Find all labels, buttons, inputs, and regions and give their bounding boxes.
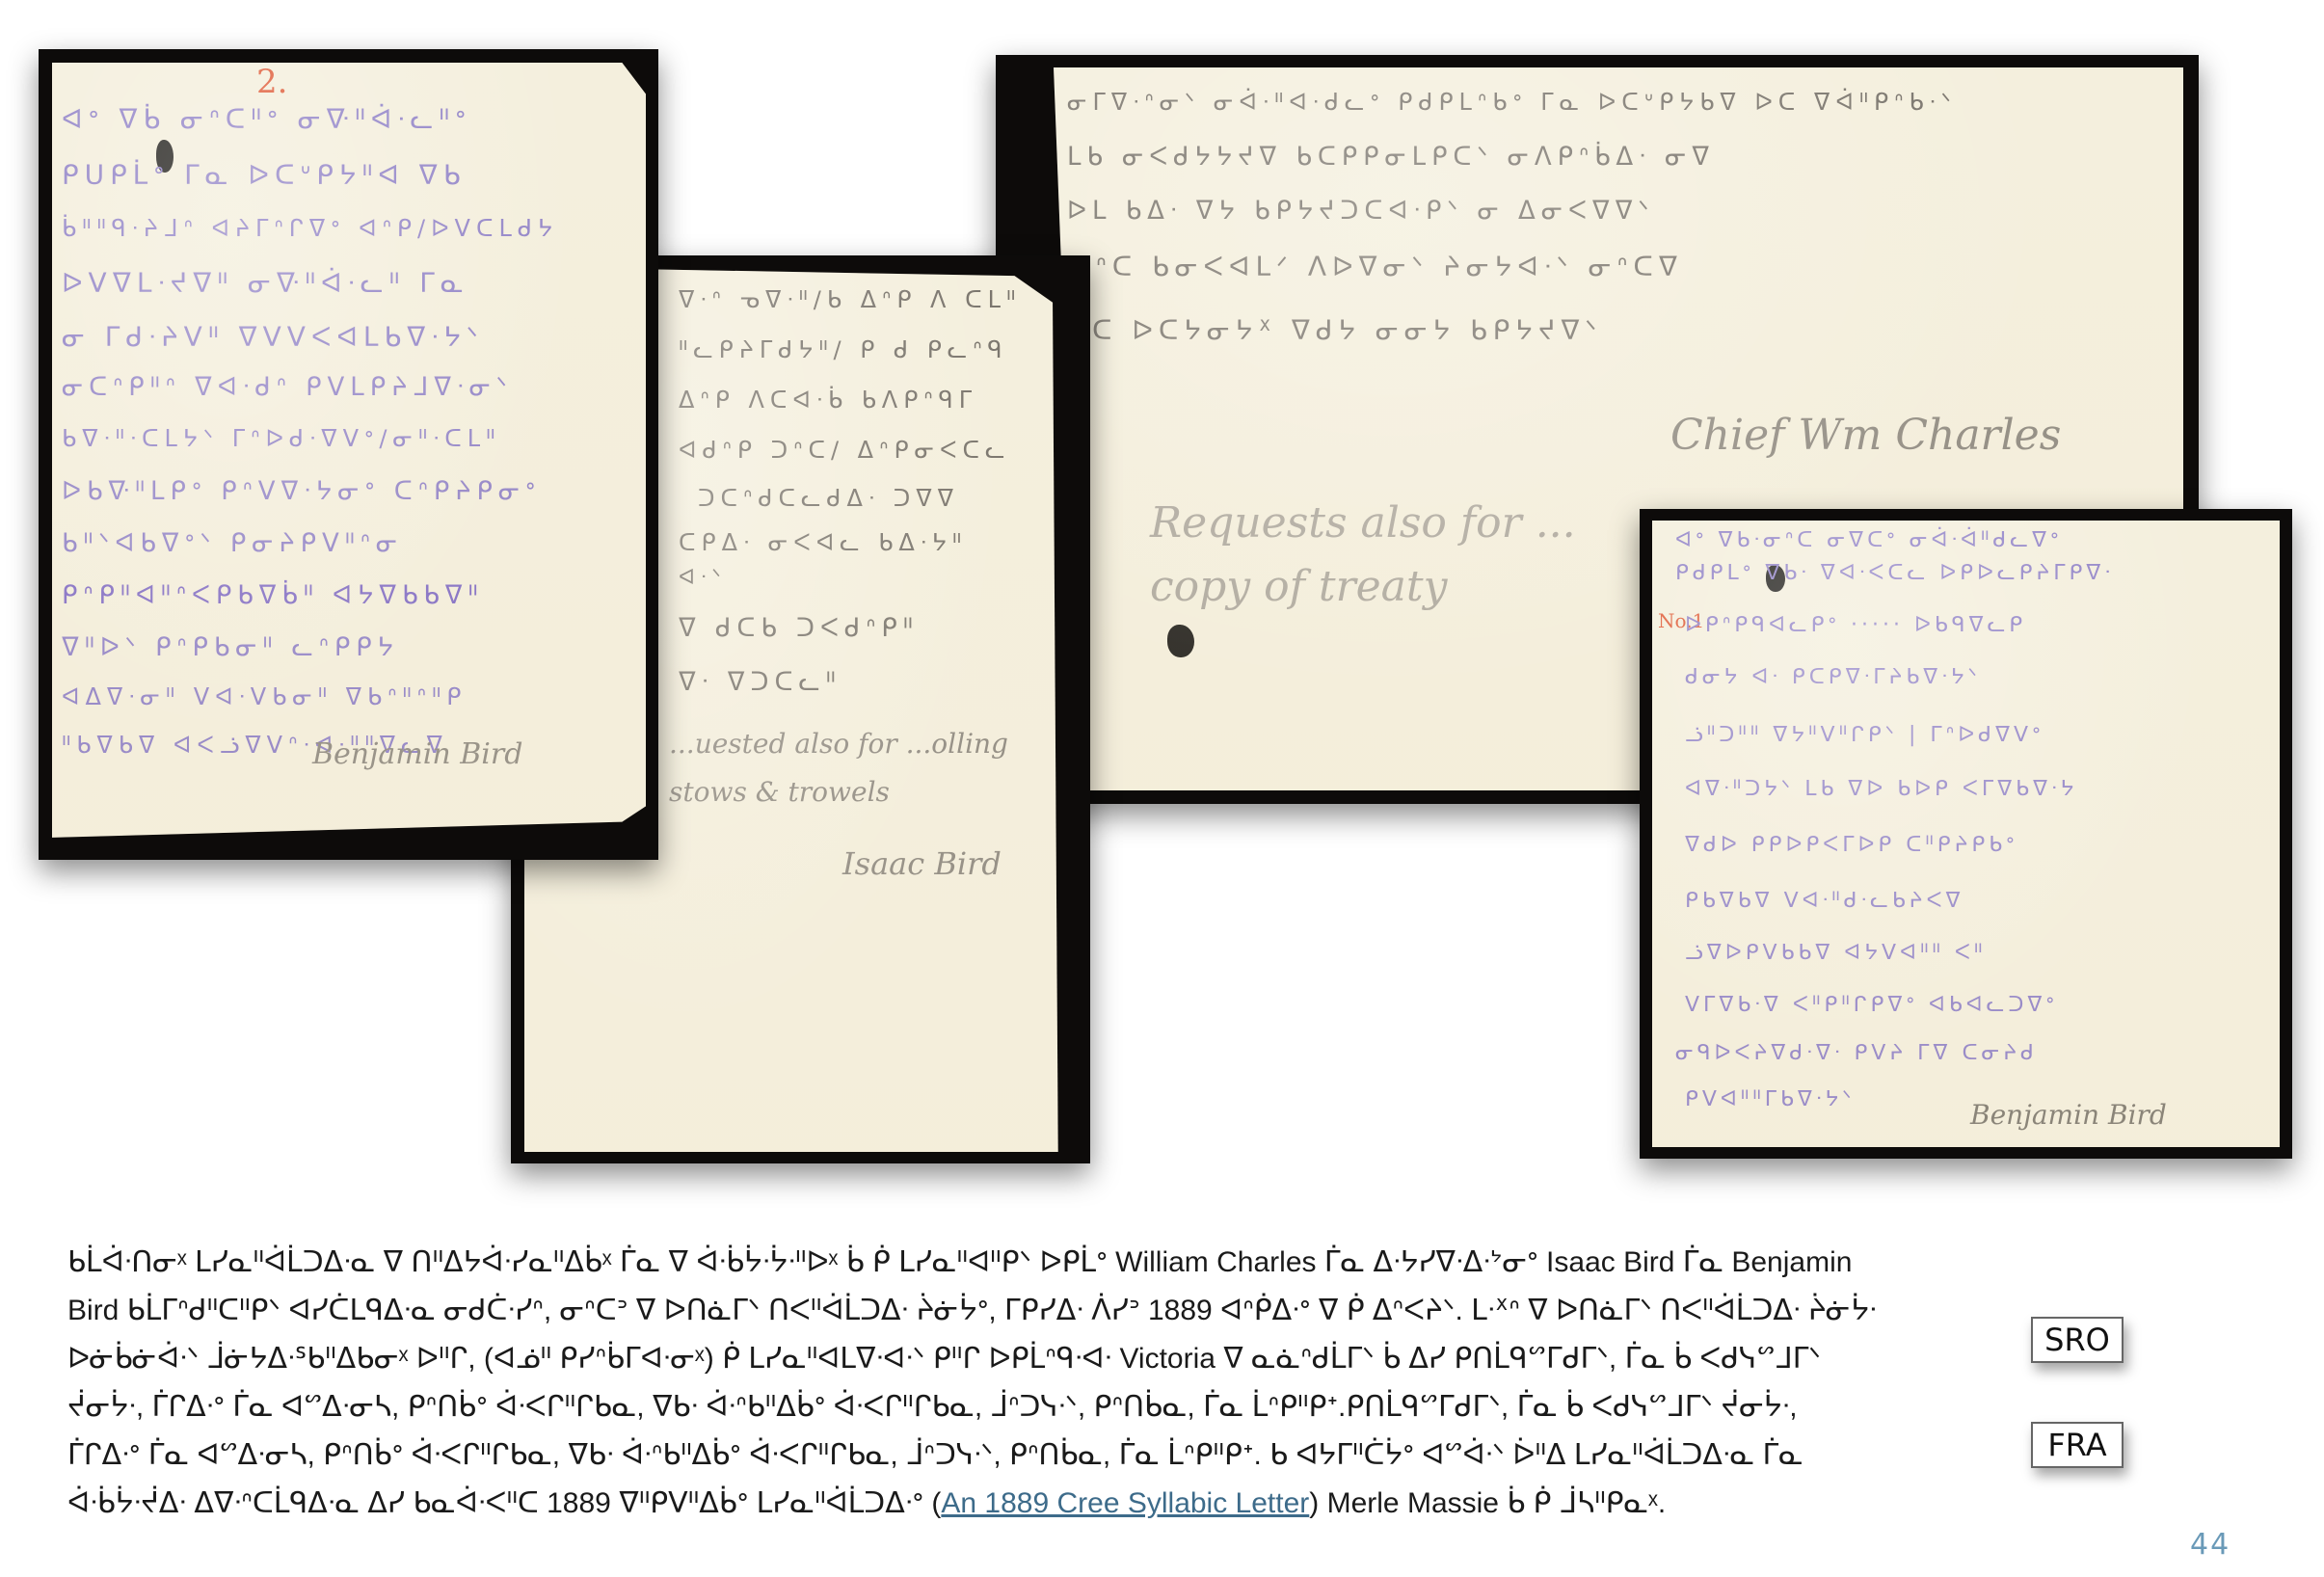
manuscript-line: ᑲᐦᐠᐊᑲᐁᐤᐠ ᑭᓂᔨᑭᐯᐦᐢᓂ — [62, 529, 403, 558]
manuscript-paper: No.1 ᐊᐤ ᐁᑲᐧᓂᐢᑕ ᓂᐁᑕᐤ ᓂᐋᐧᐋᐦᑯᓚᐁᐤ ᑭᑯᑭᒪᐤ ᐁᑲᐧ … — [1652, 521, 2280, 1147]
signature: Chief Wm Charles — [1670, 411, 2061, 460]
caption-line: Bird ᑲᒫᒥᐢᑯᐦᑕᐦᑭᐠ ᐊᓯᑖᒪᑫᐃᐧᓇ ᓂᑯᑖᐧᓯᐢ, ᓂᐢᑕᐣ ᐁ … — [67, 1287, 1957, 1335]
manuscript-line: ᐯᒥᐁᑲᐧᐁ ᐸᐦᑭᐦᒋᑭᐁᐤ ᐊᑲᐊᓚᑐᐁᐤ — [1685, 993, 2058, 1017]
manuscript-line: ᐁᑯᐅ ᑭᑭᐅᑭᐸᒥᐅᑭ ᑕᐦᑭᔨᑭᑲᐤ — [1685, 833, 2018, 857]
manuscript-line: ᑕ ᐅᑕᔭᓂᔭᕽ ᐁᑯᔭ ᓂᓂᔭ ᑲᑭᔭᔪᐁᐠ — [1092, 314, 1602, 346]
manuscript-line: ᐁᐧ ᐁᑐᑕᓚᐦ — [679, 668, 841, 697]
manuscript-line: ᑭᐯᐊᐦᐦᒥᑲᐁᐧᔭᐠ — [1685, 1087, 1856, 1111]
signature: Benjamin Bird — [312, 737, 522, 771]
caption-line: ᐅᓃᑳᓃᐋᐧᐠ ᒨᓃᔭᐃᐧᔆᑲᐦᐃᑲᓂˣ ᐅᐦᒋ, (ᐊᓅᐦ ᑭᓯᐢᑳᒥᐊᐧᓂˣ… — [67, 1335, 1957, 1383]
manuscript-line: ᐊᑯᐢᑭ ᑐᐢᑕ/ ᐃᐢᑭᓂᐸᑕᓚ — [679, 437, 1010, 464]
manuscript-line: ᓂᑫᐅᐸᔨᐁᑯᐧᐁᐧ ᑭᐯᔨ ᒥᐁ ᑕᓂᔨᑯ — [1675, 1041, 2038, 1065]
manuscript-paper: 2. ᐊᐤ ᐁᑳ ᓂᐢᑕᐦᐤ ᓂᐍᐦᐋᐧᓚᐦᐤ ᑭᑌᑭᒫᐤ ᒥᓇ ᐅᑕᐡᑭᔭᐦᐊ… — [52, 63, 646, 845]
ink-blot — [1167, 625, 1194, 657]
signature: Benjamin Bird — [1970, 1099, 2167, 1131]
manuscript-line: ᑕᑭᐃᐧ ᓂᐸᐊᓚ ᑲᐃᐧᔭᐦ — [679, 529, 967, 556]
manuscript-line: ᓂ ᒥᑯᐧᔨᐯᐦ ᐁᐯᐯᐸᐊᒪᑲᐁᐧᔭᐠ — [62, 321, 484, 353]
manuscript-line: ᐊᐃᐁᐧᓂᐦ ᐯᐊᐧᐯᑲᓂᐦ ᐁᑲᐢᐦᐢᐦᑭ — [62, 683, 467, 710]
manuscript-line: ᐅᑲᐍᐦᒪᑭᐤ ᑭᐢᐯᐁᐧᔭᓂᐤ ᑕᐢᑭᔨᑭᓂᐤ — [62, 477, 541, 506]
marginal-note: ...uested also for ...olling stows & tro… — [669, 720, 1055, 816]
page-number: 44 — [2190, 1528, 2231, 1562]
manuscript-line: ᐊᐤ ᐁᑲᐧᓂᐢᑕ ᓂᐁᑕᐤ ᓂᐋᐧᐋᐦᑯᓚᐁᐤ — [1675, 528, 2063, 552]
manuscript-line: ᒪᑲ ᓂᐸᑯᔭᔭᔪᐁ ᑲᑕᑭᑭᓂᒪᑭᑕᐠ ᓂᐱᑭᐢᑳᐃᐧ ᓂᐁ — [1067, 143, 1715, 172]
marginal-note: Requests also for ... copy of treaty — [1150, 492, 1613, 619]
manuscript-line: ᐁᐧᐢ ᓀᐁᐧᐦ/ᑲ ᐃᐢᑭ ᐱ ᑕᒪᐦ — [679, 286, 1021, 313]
source-link[interactable]: An 1889 Cree Syllabic Letter — [941, 1487, 1309, 1519]
manuscript-line: ᑭᑯᑭᒪᐤ ᐁᑲᐧ ᐁᐊᐧᐸᑕᓚ ᐅᑭᐅᓚᑭᔨᒥᑭᐁᐧ — [1675, 561, 2114, 585]
manuscript-photo-benjamin-bird-1: No.1 ᐊᐤ ᐁᑲᐧᓂᐢᑕ ᓂᐁᑕᐤ ᓂᐋᐧᐋᐦᑯᓚᐁᐤ ᑭᑯᑭᒪᐤ ᐁᑲᐧ … — [1640, 509, 2292, 1159]
manuscript-line: ᐦᓚᑭᔨᒥᑯᔭᐦ/ ᑭ ᑯ ᑭᓚᐢᑫ — [679, 336, 1008, 363]
caption-text: ᐋᐧᑳᔮᐧᔫᐃᐧ ᐃᐁᐧᐢᑕᒫᑫᐃᐧᓇ ᐃᓯ ᑲᓇᐋᐧᐸᐦᑕ 1889 ᐁᐦᑭᐯ… — [67, 1487, 941, 1519]
manuscript-line: ᐁᐦᐅᐠ ᑭᐢᑭᑲᓂᐦ ᓚᐢᑭᑭᔭ — [62, 633, 399, 662]
caption-line: ᒦᒋᐃᐧᐤ ᒦᓇ ᐊᔥᐃᐧᓂᓴ, ᑭᐢᑎᑳᐤ ᐋᐧᐸᒋᐦᒋᑲᓇ, ᐁᑲᐧ ᐋᐧᐢ… — [67, 1431, 1957, 1480]
manuscript-line: ᐁ ᑯᑕᑲ ᑐᐸᑯᐢᑭᐦ — [679, 614, 919, 643]
manuscript-line: ᐅᒪ ᑲᐃᐧ ᐁᔭ ᑲᑭᔭᔪᑐᑕᐊᐧᑭᐠ ᓂ ᐃᓂᐸᐁᐁᐠ — [1067, 197, 1655, 226]
manuscript-line: ᐊᐤ ᐁᑳ ᓂᐢᑕᐦᐤ ᓂᐍᐦᐋᐧᓚᐦᐤ — [62, 103, 471, 135]
manuscript-line: ᐊᐧᐠ — [679, 566, 727, 590]
manuscript-line: ᐅᑭᐢᑭᑫᐊᓚᑭᐤ ····· ᐅᑲᑫᐁᓚᑭ — [1685, 613, 2026, 637]
manuscript-line: ᑭᑲᐁᑲᐁ ᐯᐊᐧᐦᑯᐧᓚᑲᔨᐸᐁ — [1685, 889, 1964, 913]
manuscript-line: ᓘᐦᑐᐦᐦ ᐁᔭᐦᐯᐦᒋᑭᐠ | ᒥᐢᐅᑯᐁᐯᐤ — [1685, 723, 2044, 747]
manuscript-line: ᓂᐢᑕ ᑲᓂᐸᐊᒪᐟ ᐱᐅᐁᓂᐠ ᔨᓂᔭᐊᐧᐠ ᓂᐢᑕᐁ — [1067, 251, 1683, 282]
caption-line-last: ᐋᐧᑳᔮᐧᔫᐃᐧ ᐃᐁᐧᐢᑕᒫᑫᐃᐧᓇ ᐃᓯ ᑲᓇᐋᐧᐸᐦᑕ 1889 ᐁᐦᑭᐯ… — [67, 1480, 1957, 1528]
manuscript-line: ᑳᐦᐦᑫᐧᔨᒧᐢ ᐊᔨᒥᐢᒋᐁᐤ ᐊᐢᑭ/ᐅᐯᑕᒪᑯᔭ — [62, 215, 558, 242]
caption-line: ᑲᒫᐋᐧᑎᓂˣ ᒪᓯᓇᐦᐋᒫᑐᐃᐧᓇ ᐁ ᑎᐦᐃᔭᐋᐧᓯᓇᐦᐃᑳˣ ᒦᓇ ᐁ ᐋ… — [67, 1239, 1957, 1287]
fra-language-button[interactable]: FRA — [2031, 1422, 2124, 1468]
manuscript-line: ᓂᒥᐁᐧᐢᓂᐠ ᓂᐋᐧᐦᐊᐧᑯᓚᐤ ᑭᑯᑭᒪᐢᑲᐤ ᒥᓇ ᐅᑕᐡᑭᔭᑲᐁ ᐅᑕ … — [1067, 89, 1957, 116]
manuscript-line: ᑯᓂᔭ ᐊᐧ ᑭᑕᑭᐁᐧᒥᔨᑲᐁᐧᔭᐠ — [1685, 665, 1981, 689]
manuscript-line: ᐅᐯᐁᒪᐧᔪᐁᐦ ᓂᐍᐦᐋᐧᓚᐦ ᒥᓇ — [62, 267, 469, 299]
manuscript-line: ᐃᐢᑭ ᐱᑕᐊᐧᑳ ᑲᐱᑭᐢᑫᒥ — [679, 387, 977, 414]
manuscript-line: ᑐᑕᐢᑯᑕᓚᑯᐃᐧ ᑐᐁᐁ — [698, 485, 959, 512]
signature: Isaac Bird — [842, 845, 1002, 882]
manuscript-line: ᐊᐁᐧᐦᑐᔭᐠ ᒪᑲ ᐁᐅ ᑲᐅᑭ ᐸᒥᐁᑲᐁᐧᔭ — [1685, 777, 2077, 801]
manuscript-line: ᑲᐁᐧᐦᐧᑕᒪᔭᐠ ᒥᐢᐅᑯᐧᐁᐯᐤ/ᓂᐦᐧᑕᒪᐦ — [62, 425, 500, 452]
caption-text: ) Merle Massie ᑳ ᑮ ᒨᓴᐦᑭᓇˣ. — [1309, 1487, 1666, 1519]
page-marker: 2. — [256, 63, 287, 101]
manuscript-line: ᓘᐁᐅᑭᐯᑲᑲᐁ ᐊᔭᐯᐊᐦᐦ ᐸᐦ — [1685, 941, 1986, 965]
caption-paragraph: ᑲᒫᐋᐧᑎᓂˣ ᒪᓯᓇᐦᐋᒫᑐᐃᐧᓇ ᐁ ᑎᐦᐃᔭᐋᐧᓯᓇᐦᐃᑳˣ ᒦᓇ ᐁ ᐋ… — [67, 1239, 1957, 1528]
manuscript-photo-benjamin-bird-2: 2. ᐊᐤ ᐁᑳ ᓂᐢᑕᐦᐤ ᓂᐍᐦᐋᐧᓚᐦᐤ ᑭᑌᑭᒫᐤ ᒥᓇ ᐅᑕᐡᑭᔭᐦᐊ… — [39, 49, 658, 860]
manuscript-line: ᑭᐢᑭᐦᐊᐦᐢᐸᑭᑲᐁᑳᐦ ᐊᔭᐁᑲᑲᐁᐦ — [62, 581, 484, 610]
caption-line: ᔫᓂᔮᐧ, ᒦᒋᐃᐧᐤ ᒦᓇ ᐊᔥᐃᐧᓂᓴ, ᑭᐢᑎᑳᐤ ᐋᐧᐸᒋᐦᒋᑲᓇ, ᐁ… — [67, 1383, 1957, 1431]
manuscript-line: ᑭᑌᑭᒫᐤ ᒥᓇ ᐅᑕᐡᑭᔭᐦᐊ ᐁᑲ — [62, 159, 466, 191]
sro-language-button[interactable]: SRO — [2031, 1317, 2124, 1363]
manuscript-line: ᓂᑕᐢᑭᐦᐢ ᐁᐊᐧᑯᐢ ᑭᐯᒪᑭᔨᒧᐁᐧᓂᐠ — [62, 373, 513, 402]
